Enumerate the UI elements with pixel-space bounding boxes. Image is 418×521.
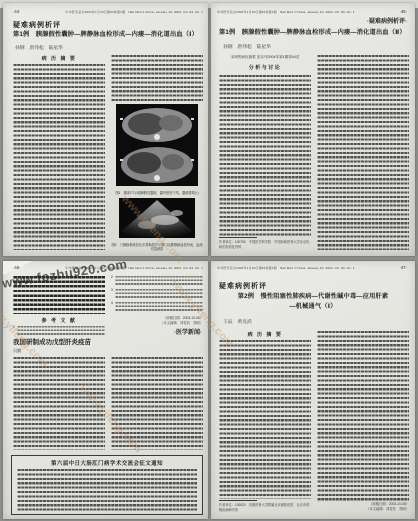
simulated-body-text — [13, 64, 105, 250]
article-authors: 王辰 黄克武 — [223, 318, 252, 325]
announcement-box: 第六届中日大肠肛门病学术交流会征文通知 — [11, 455, 203, 515]
section-label: 疑难病例析评 — [13, 20, 61, 30]
page-number: ·45· — [400, 9, 407, 14]
article-title: 第1例 胰腺假性囊肿—脾静脉血栓形成—内瘘—消化道出血（Ⅱ） — [219, 29, 409, 37]
column-left: 病 历 摘 要 — [13, 55, 105, 250]
article-title: 第1例 胰腺假性囊肿—脾静脉血栓形成—内瘘—消化道出血（Ⅰ） — [13, 31, 203, 39]
simulated-body-text — [317, 55, 409, 250]
journal-citation-line: 中华医学杂志2004年1月10日第84卷第1期 Natl Med J China… — [217, 265, 355, 270]
case-summary-heading: 病 历 摘 要 — [13, 55, 105, 62]
author-affiliation-footnote: 作者单位：100730 中国医学科学院 中国协和医科大学北京协和医院消化内科 — [219, 240, 311, 249]
journal-page-45: 中华医学杂志2004年1月10日第84卷第1期 Natl Med J China… — [211, 3, 415, 256]
column-right: （收稿日期：2003-10-08） （本文编辑：刘雪松 郑明） — [317, 331, 409, 513]
case-reference-note: 本例的病历摘要 见本刊2004年第1期第44页 — [219, 55, 311, 60]
simulated-reference-text — [115, 276, 203, 287]
editor-credit: （本文编辑：刘雪松 郑明） — [111, 321, 203, 326]
scanned-journal-spread: ·44· 中华医学杂志2004年1月10日第84卷第1期 Natl Med J … — [0, 0, 418, 521]
simulated-body-text — [219, 340, 311, 499]
page-number: ·47· — [400, 265, 407, 270]
simulated-reference-text — [17, 326, 105, 337]
footnote-rule — [219, 500, 257, 501]
journal-page-46: ·46· 中华医学杂志2004年1月10日第84卷第1期 Natl Med J … — [3, 261, 208, 519]
news-author: 贝勤 — [13, 348, 21, 354]
page-header: 中华医学杂志2004年1月10日第84卷第1期 Natl Med J China… — [217, 9, 407, 14]
simulated-body-text — [219, 75, 311, 236]
journal-page-47: 中华医学杂志2004年1月10日第84卷第1期 Natl Med J China… — [211, 261, 415, 519]
discussion-heading: 分析与讨论 — [219, 64, 311, 71]
reference-item: 1 — [13, 326, 105, 337]
page-header: 中华医学杂志2004年1月10日第84卷第1期 Natl Med J China… — [217, 265, 407, 270]
announcement-title: 第六届中日大肠肛门病学术交流会征文通知 — [12, 459, 202, 467]
ct-scan-image — [116, 104, 198, 186]
journal-citation-line: 中华医学杂志2004年1月10日第84卷第1期 Natl Med J China… — [65, 9, 203, 14]
article-authors: 孙钢 唐伟松 陆星华 — [15, 44, 63, 51]
footnote-rule — [219, 237, 257, 238]
case-summary-heading: 病 历 摘 要 — [219, 331, 311, 338]
reference-number: 3 — [111, 289, 113, 300]
simulated-body-text — [111, 55, 203, 101]
references-heading: 参 考 文 献 — [13, 317, 105, 324]
simulated-body-text — [317, 331, 409, 501]
article-title-line2: —机械通气（Ⅰ） — [211, 303, 415, 311]
page-header: ·44· 中华医学杂志2004年1月10日第84卷第1期 Natl Med J … — [13, 9, 203, 14]
editor-credit: （本文编辑：刘雪松 郑明） — [317, 507, 409, 512]
simulated-announcement-text — [107, 469, 197, 511]
simulated-announcement-text — [17, 469, 107, 511]
column-right: 图1 腹部CT示胰腺假性囊肿，囊内密度不均，囊壁增厚(↑) — [111, 55, 203, 251]
article-title-line1: 第2例 慢性阻塞性肺疾病—代谢性碱中毒—应用肝素 — [211, 293, 415, 301]
reference-number: 2 — [111, 276, 113, 287]
author-affiliation-footnote: 作者单位：100020 首都医科大学附属北京朝阳医院 北京市呼吸疾病研究所 — [219, 503, 311, 512]
page-number: ·44· — [13, 9, 20, 14]
column-left: 本例的病历摘要 见本刊2004年第1期第44页 分析与讨论 作者单位：10073… — [219, 55, 311, 250]
journal-citation-line: 中华医学杂志2004年1月10日第84卷第1期 Natl Med J China… — [217, 9, 355, 14]
section-label: ·疑难病例析评· — [367, 16, 407, 25]
journal-page-44: ·44· 中华医学杂志2004年1月10日第84卷第1期 Natl Med J … — [3, 3, 208, 256]
reference-number: 4 — [111, 302, 113, 313]
reference-item: 2 — [111, 276, 203, 287]
figure-1-ct: 图1 腹部CT示胰腺假性囊肿，囊内密度不均，囊壁增厚(↑) — [111, 104, 203, 196]
page-number: ·46· — [13, 265, 20, 270]
article-authors: 孙钢 唐伟松 陆星华 — [223, 43, 271, 50]
column-left: 病 历 摘 要 作者单位：100020 首都医科大学附属北京朝阳医院 北京市呼吸… — [219, 331, 311, 513]
section-label: 疑难病例析评 — [219, 281, 267, 291]
news-section-label: ·医学新闻· — [174, 327, 202, 336]
